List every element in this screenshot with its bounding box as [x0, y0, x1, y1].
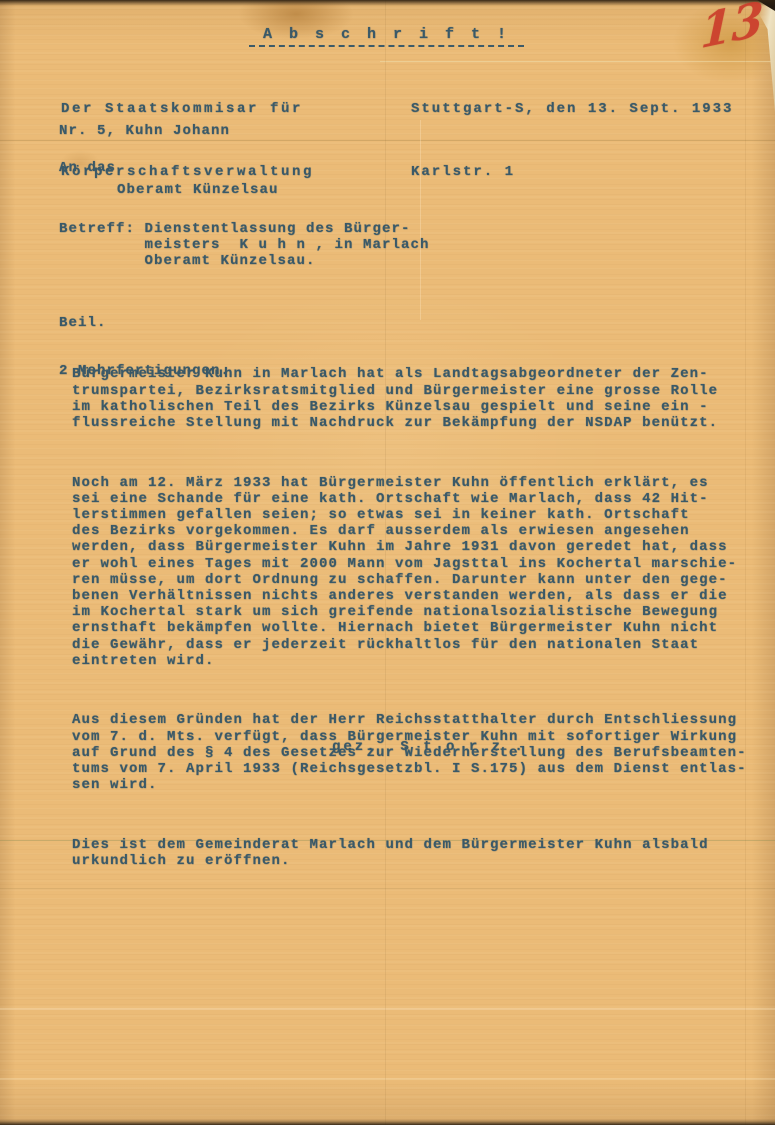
- document-title: A b s c h r i f t !: [249, 27, 524, 47]
- handwritten-archival-number: 13: [700, 0, 764, 55]
- scanned-letter-page: 13 A b s c h r i f t ! Der Staatskommisa…: [0, 0, 775, 1125]
- scan-top-edge: [0, 0, 775, 6]
- recipient-salutation: An das: [59, 160, 116, 176]
- horizontal-crease-line: [0, 1078, 775, 1080]
- dateline-place-date: Stuttgart-S, den 13. Sept. 1933: [411, 99, 733, 120]
- horizontal-crease-line: [0, 1008, 775, 1010]
- sender-block: Der Staatskommisar für Körperschaftsverw…: [61, 57, 314, 225]
- dateline-block: Stuttgart-S, den 13. Sept. 1933 Karlstr.…: [411, 57, 733, 225]
- scan-bottom-edge: [0, 1119, 775, 1125]
- letter-body: Bürgermeister Kuhn in Marlach hat als La…: [72, 334, 747, 913]
- enclosures-label: Beil.: [59, 315, 230, 331]
- signature-line: gez. S t o r z .: [332, 739, 526, 755]
- body-paragraph-2: Noch am 12. März 1933 hat Bürgermeister …: [72, 475, 747, 669]
- body-paragraph-4: Dies ist dem Gemeinderat Marlach und dem…: [72, 837, 747, 869]
- dateline-street: Karlstr. 1: [411, 162, 733, 183]
- recipient-name: Oberamt Künzelsau: [117, 182, 279, 198]
- sender-line-1: Der Staatskommisar für: [61, 99, 314, 120]
- body-paragraph-1: Bürgermeister Kuhn in Marlach hat als La…: [72, 366, 747, 431]
- reference-line: Nr. 5, Kuhn Johann: [59, 123, 230, 139]
- subject-block: Betreff: Dienstentlassung des Bürger- me…: [59, 221, 430, 269]
